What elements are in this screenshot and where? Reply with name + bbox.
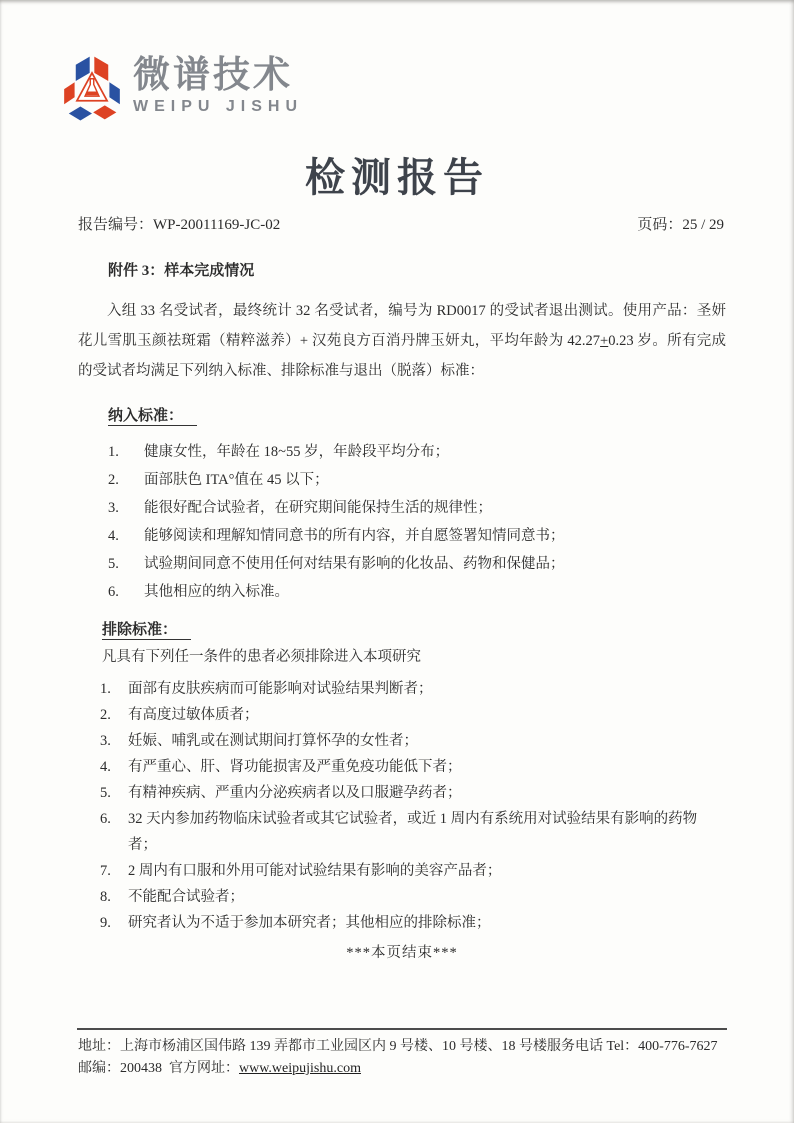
list-item: 7. 2 周内有口服和外用可能对试验结果有影响的美容产品者；	[78, 858, 726, 884]
list-item: 6. 32 天内参加药物临床试验者或其它试验者，或近 1 周内有系统用对试验结果…	[78, 806, 726, 858]
inclusion-heading: 纳入标准：	[108, 404, 726, 428]
list-item: 3. 能很好配合试验者，在研究期间能保持生活的规律性；	[78, 494, 726, 522]
list-item: 1. 健康女性，年龄在 18~55 岁，年龄段平均分布；	[78, 438, 726, 466]
logo-name-en: WEIPU JISHU	[133, 97, 303, 117]
footer-postcode: 邮编：200438 官方网址：	[78, 1061, 239, 1076]
list-item: 8. 不能配合试验者；	[78, 884, 726, 910]
list-item: 9. 研究者认为不适于参加本研究者；其他相应的排除标准；	[78, 910, 726, 936]
list-item: 5. 有精神疾病、严重内分泌疾病者以及口服避孕药者；	[78, 780, 726, 806]
list-item: 4. 有严重心、肝、肾功能损害及严重免疫功能低下者；	[78, 754, 726, 780]
exclusion-heading: 排除标准：	[102, 618, 726, 642]
report-number: 报告编号：WP-20011169-JC-02	[78, 213, 280, 234]
report-meta: 报告编号：WP-20011169-JC-02 页码：25 / 29	[78, 213, 724, 234]
footer-postcode-website: 邮编：200438 官方网址：www.weipujishu.com	[78, 1057, 361, 1077]
page-number: 页码：25 / 29	[637, 213, 724, 234]
weipu-logo-icon	[63, 55, 121, 121]
footer-divider	[77, 1028, 727, 1030]
footer-website-link[interactable]: www.weipujishu.com	[239, 1061, 361, 1076]
list-item: 2. 面部肤色 ITA°值在 45 以下；	[78, 466, 726, 494]
page-number-value: 25 / 29	[682, 217, 724, 233]
inclusion-list: 1. 健康女性，年龄在 18~55 岁，年龄段平均分布； 2. 面部肤色 ITA…	[78, 438, 726, 606]
list-item: 3. 妊娠、哺乳或在测试期间打算怀孕的女性者；	[78, 728, 726, 754]
company-logo: 微谱技术 WEIPU JISHU	[63, 55, 303, 121]
footer-address: 地址：上海市杨浦区国伟路 139 弄都市工业园区内 9 号楼、10 号楼、18 …	[78, 1035, 718, 1055]
logo-name-cn: 微谱技术	[133, 55, 303, 95]
intro-paragraph: 入组 33 名受试者，最终统计 32 名受试者，编号为 RD0017 的受试者退…	[78, 296, 726, 386]
report-page: 微谱技术 WEIPU JISHU 检测报告 报告编号：WP-20011169-J…	[0, 0, 794, 1123]
page-number-label: 页码：	[637, 217, 682, 233]
list-item: 5. 试验期间同意不使用任何对结果有影响的化妆品、药物和保健品；	[78, 550, 726, 578]
end-of-page-mark: ***本页结束***	[78, 940, 726, 966]
plus-minus-mark: +	[600, 333, 608, 349]
exclusion-note: 凡具有下列任一条件的患者必须排除进入本项研究	[102, 644, 726, 670]
document-body: 附件 3：样本完成情况 入组 33 名受试者，最终统计 32 名受试者，编号为 …	[78, 260, 726, 966]
report-number-value: WP-20011169-JC-02	[153, 217, 280, 233]
attachment-heading: 附件 3：样本完成情况	[108, 260, 726, 282]
exclusion-list: 1. 面部有皮肤疾病而可能影响对试验结果判断者； 2. 有高度过敏体质者； 3.…	[78, 676, 726, 936]
list-item: 4. 能够阅读和理解知情同意书的所有内容，并自愿签署知情同意书；	[78, 522, 726, 550]
list-item: 2. 有高度过敏体质者；	[78, 702, 726, 728]
page-title: 检测报告	[0, 146, 794, 203]
list-item: 6. 其他相应的纳入标准。	[78, 578, 726, 606]
report-number-label: 报告编号：	[78, 217, 153, 233]
list-item: 1. 面部有皮肤疾病而可能影响对试验结果判断者；	[78, 676, 726, 702]
